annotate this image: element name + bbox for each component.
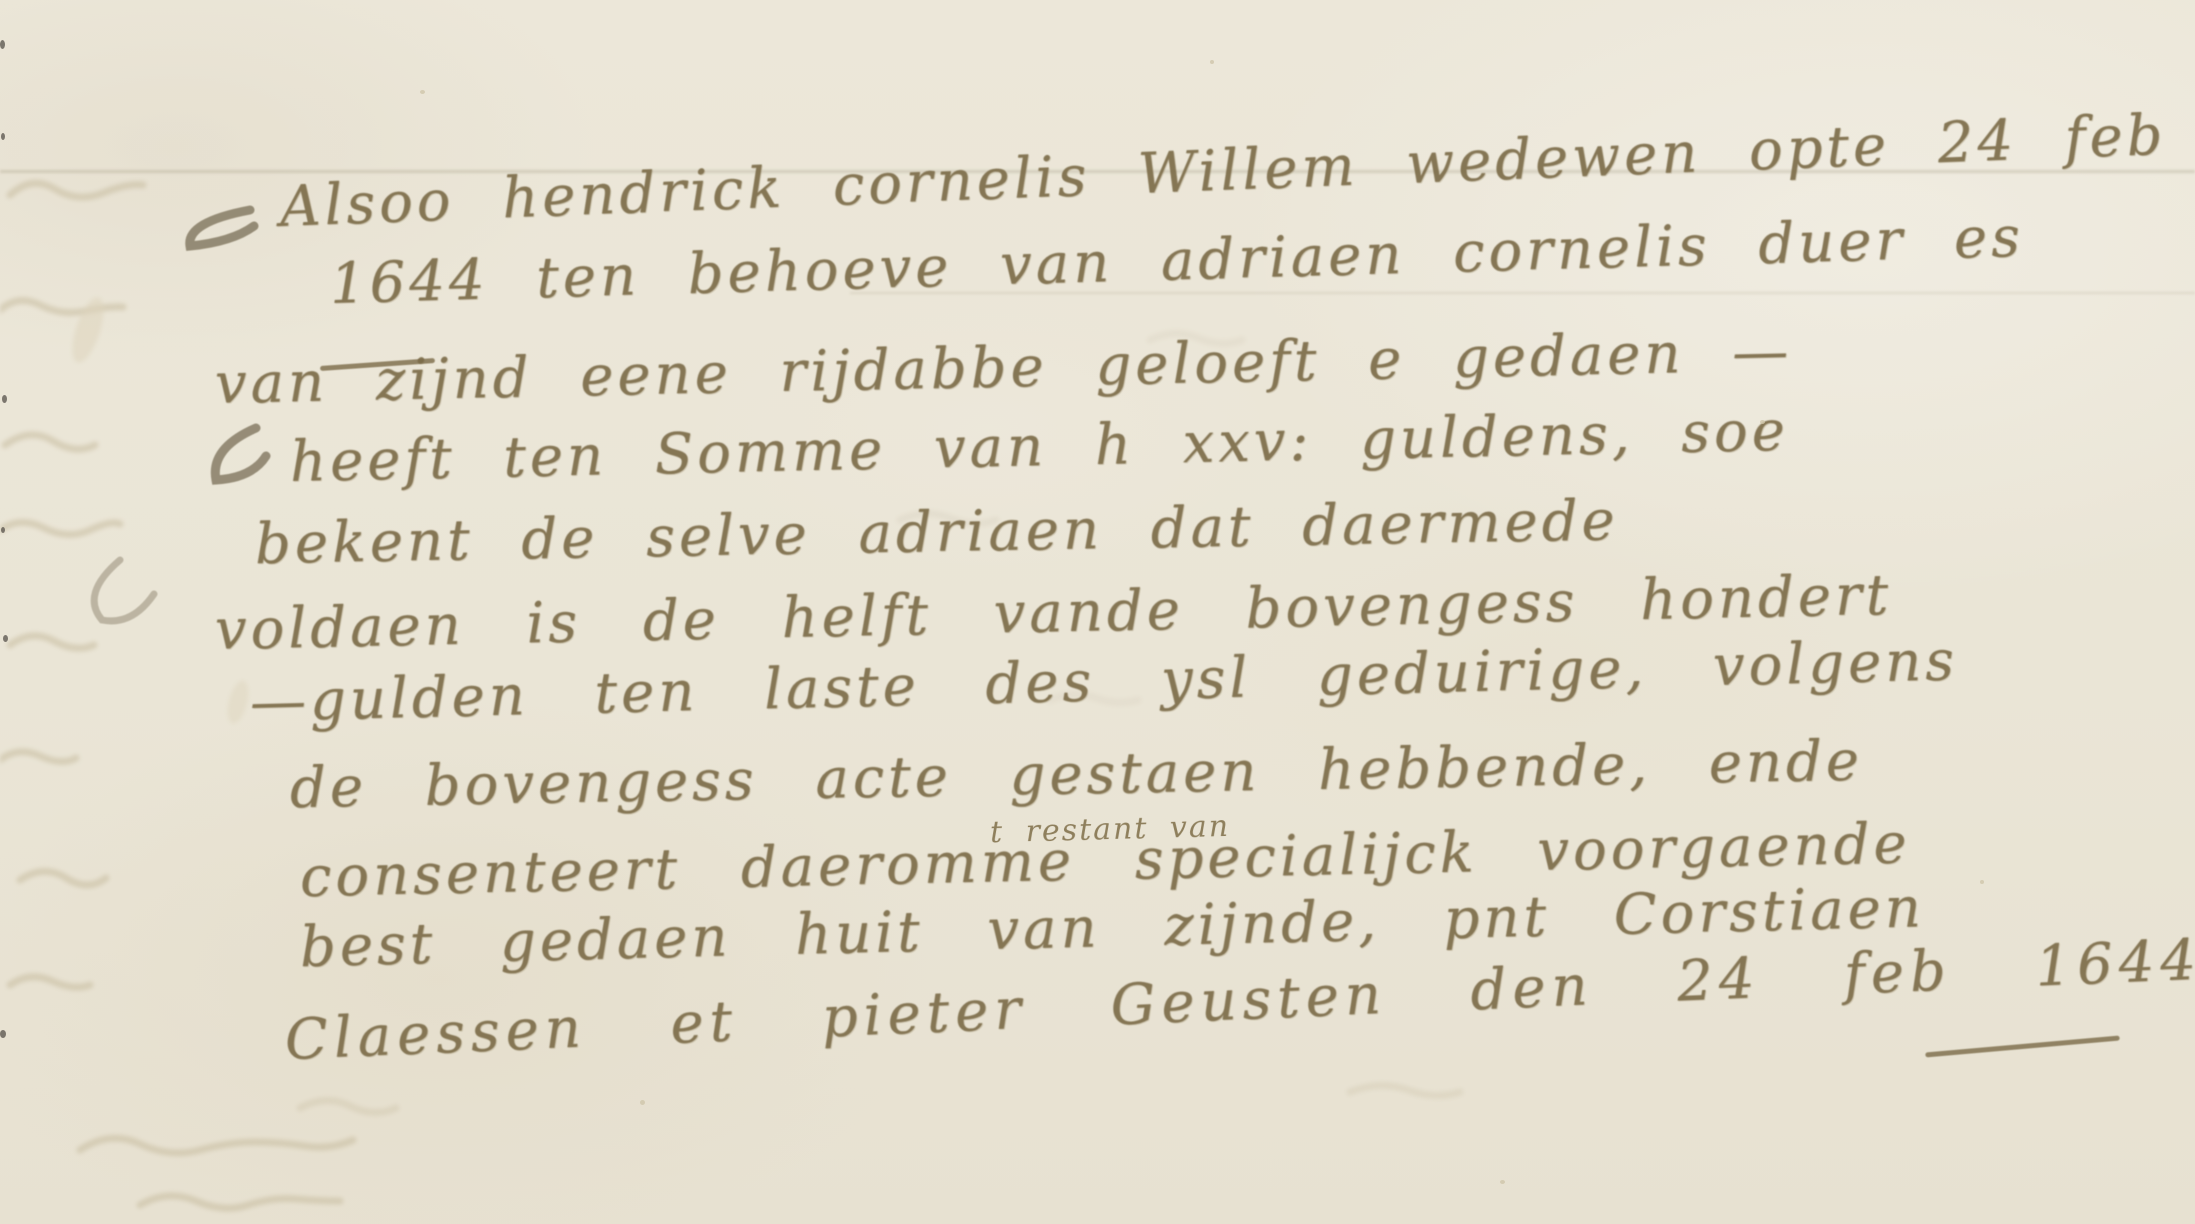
edge-speck: [0, 40, 5, 49]
edge-speck: [2, 395, 7, 403]
edge-speck: [1, 133, 5, 140]
interlinear-insertion: t restant van: [990, 809, 1231, 850]
manuscript-page: Alsoo hendrick cornelis Willem wedewen o…: [0, 0, 2195, 1224]
paper-fleck: [1500, 1180, 1505, 1184]
edge-speck: [3, 635, 8, 642]
manuscript-line: van zijnd eene rijdabbe geloeft e gedaen…: [214, 319, 1793, 417]
manuscript-line: bekent de selve adriaen dat daermede: [254, 488, 1619, 577]
manuscript-line: de bovengess acte gestaen hebbende, ende: [289, 729, 1863, 821]
manuscript-text-block: Alsoo hendrick cornelis Willem wedewen o…: [0, 0, 2195, 1224]
paper-fleck: [1760, 420, 1765, 424]
manuscript-line: heeft ten Somme van h xxv: guldens, soe: [289, 399, 1789, 495]
edge-speck: [0, 1030, 6, 1038]
paper-fleck: [640, 1100, 645, 1105]
paper-fleck: [1980, 880, 1984, 884]
paper-fleck: [420, 90, 425, 94]
paper-fleck: [1210, 60, 1214, 64]
edge-speck: [1, 527, 5, 533]
